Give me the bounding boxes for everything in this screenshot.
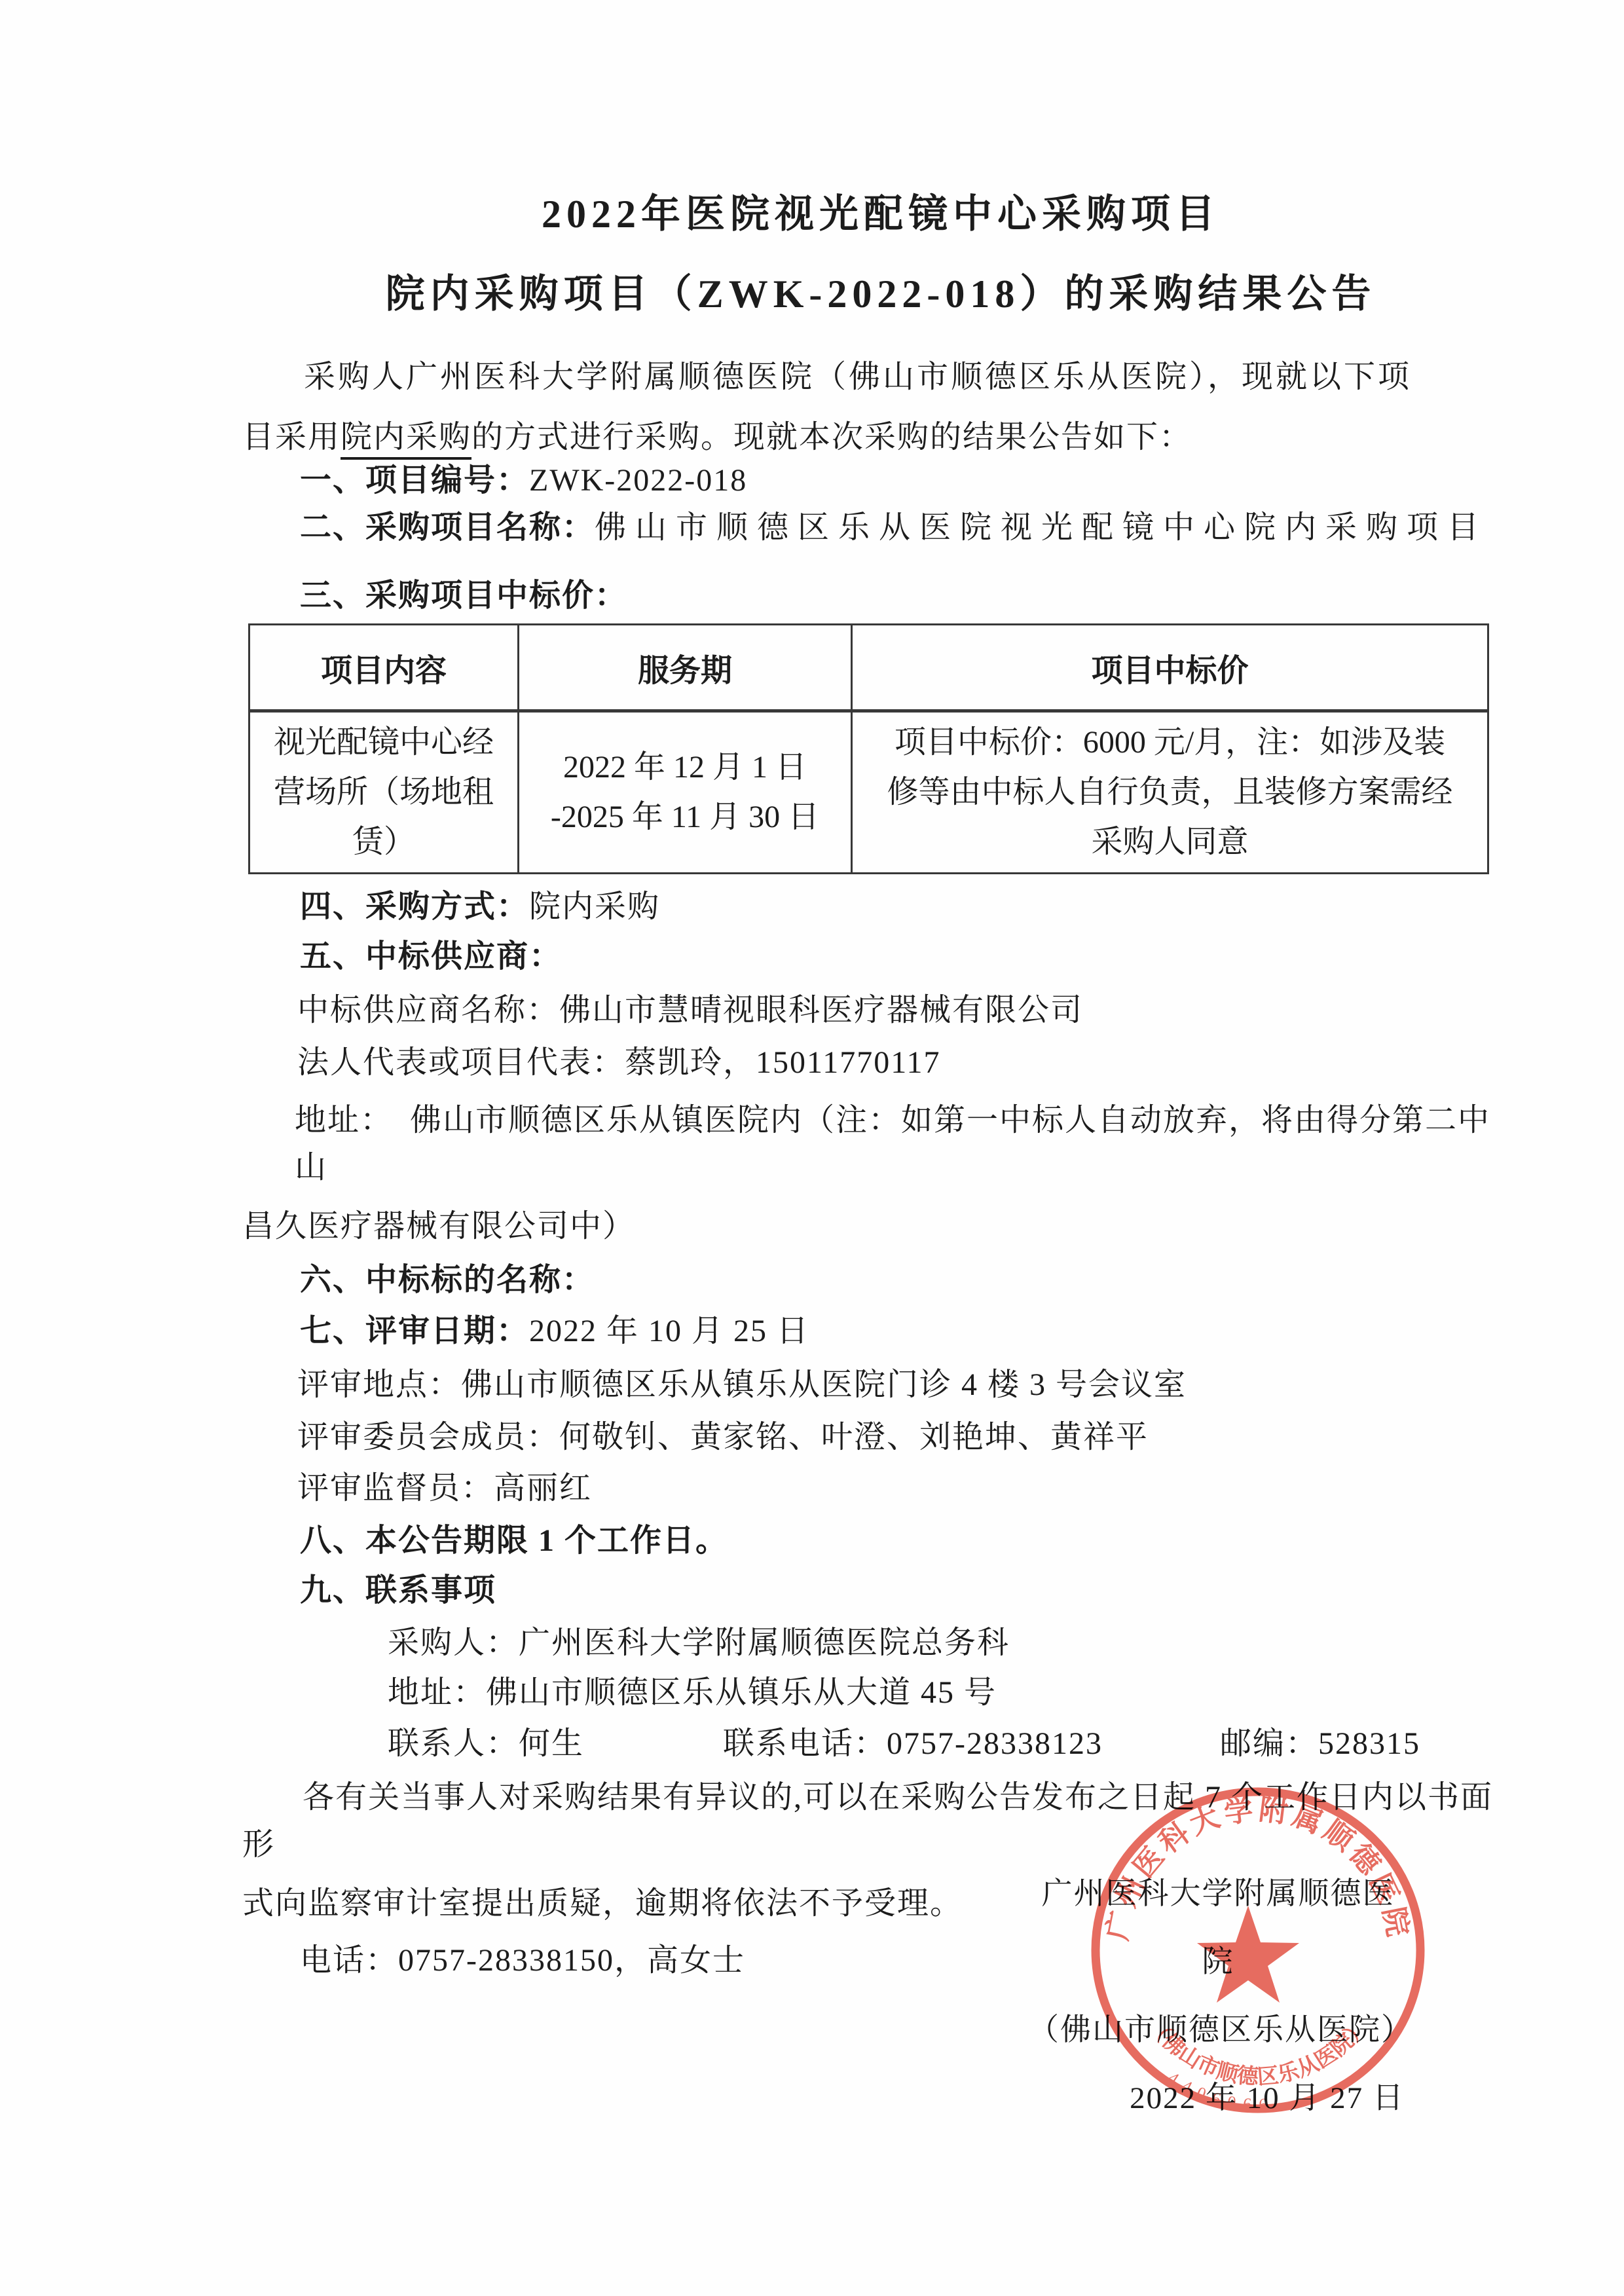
cell-project-content-line2: 营场所（场地租 [254, 768, 513, 817]
item-award-price-label: 三、采购项目中标价： [300, 578, 627, 613]
seal-arc-text: 广州医科大学附属顺德医院 [1101, 1794, 1415, 1943]
item-award-subject-label: 六、中标标的名称： [300, 1263, 595, 1297]
item-project-number-value: ZWK-2022-018 [529, 463, 747, 498]
item-review-date: 七、评审日期：2022 年 10 月 25 日 [242, 1308, 1519, 1355]
item-contact-matters-label: 九、联系事项 [300, 1573, 496, 1608]
cell-award-price-line1: 项目中标价：6000 元/月，注：如涉及装 [857, 718, 1483, 768]
item-project-name: 二、采购项目名称：佛山市顺德区乐从医院视光配镜中心院内采购项目 [242, 504, 1519, 551]
contact-person: 联系人：何生 [388, 1720, 584, 1768]
item-project-number-label: 一、项目编号： [300, 463, 529, 498]
intro-line-1: 采购人广州医科大学附属顺德医院（佛山市顺德区乐从医院），现就以下项 [242, 347, 1519, 407]
contact-address-line: 地址：佛山市顺德区乐从镇乐从大道 45 号 [242, 1669, 1519, 1716]
item-winning-supplier-label: 五、中标供应商： [300, 939, 562, 974]
cell-project-content-line1: 视光配镜中心经 [254, 718, 513, 768]
contact-row: 联系人：何生 联系电话：0757-28338123 邮编：528315 [242, 1720, 1519, 1768]
supplier-representative-line: 法人代表或项目代表：蔡凯玲，15011770117 [242, 1039, 1519, 1086]
supplier-name-line: 中标供应商名称：佛山市慧晴视眼科医疗器械有限公司 [242, 987, 1519, 1034]
intro-line2-post: 的方式进行采购。现就本次采购的结果公告如下： [471, 420, 1192, 454]
item-project-name-value: 佛山市顺德区乐从医院视光配镜中心院内采购项目 [595, 510, 1488, 545]
item-procurement-method-value: 院内采购 [529, 889, 660, 924]
col-header-service-period: 服务期 [519, 625, 852, 711]
col-header-award-price: 项目中标价 [852, 625, 1488, 711]
contact-purchaser-line: 采购人：广州医科大学附属顺德医院总务科 [242, 1620, 1519, 1667]
item-project-name-label: 二、采购项目名称： [300, 510, 595, 545]
cell-service-period: 2022 年 12 月 1 日 -2025 年 11 月 30 日 [519, 711, 852, 874]
item-procurement-method: 四、采购方式：院内采购 [242, 883, 1519, 931]
cell-service-period-line2: -2025 年 11 月 30 日 [523, 792, 847, 842]
cell-project-content: 视光配镜中心经 营场所（场地租 赁） [249, 711, 519, 874]
document-body: 2022年医院视光配镜中心采购项目 院内采购项目（ZWK-2022-018）的采… [242, 189, 1519, 1984]
review-supervisor-line: 评审监督员：高丽红 [242, 1465, 1519, 1512]
item-procurement-method-label: 四、采购方式： [300, 889, 529, 924]
table-header-row: 项目内容 服务期 项目中标价 [249, 625, 1488, 711]
intro-paragraph: 采购人广州医科大学附属顺德医院（佛山市顺德区乐从医院），现就以下项 目采用院内采… [242, 347, 1519, 468]
official-seal-svg: 广州医科大学附属顺德医院 （佛山市顺德区乐从医院） 4406066 [1084, 1787, 1437, 2120]
review-place-line: 评审地点：佛山市顺德区乐从镇乐从医院门诊 4 楼 3 号会议室 [242, 1361, 1519, 1409]
col-header-project-content: 项目内容 [249, 625, 519, 711]
item-announcement-period: 八、本公告期限 1 个工作日。 [242, 1517, 1519, 1565]
cell-project-content-line3: 赁） [254, 817, 513, 867]
award-price-table: 项目内容 服务期 项目中标价 视光配镜中心经 营场所（场地租 赁） 2022 年… [248, 623, 1489, 874]
item-award-subject-heading: 六、中标标的名称： [242, 1257, 1519, 1304]
page-title-line1: 2022年医院视光配镜中心采购项目 [242, 189, 1519, 240]
table-row: 视光配镜中心经 营场所（场地租 赁） 2022 年 12 月 1 日 -2025… [249, 711, 1488, 874]
supplier-address-line1: 地址： 佛山市顺德区乐从镇医院内（注：如第一中标人自动放弃，将由得分第二中山 [242, 1097, 1519, 1191]
supplier-address-line2: 昌久医疗器械有限公司中） [242, 1203, 1519, 1250]
contact-postcode: 邮编：528315 [1220, 1720, 1420, 1768]
cell-award-price-line3: 采购人同意 [857, 817, 1483, 867]
item-review-date-label: 七、评审日期： [300, 1314, 529, 1348]
intro-line2-pre: 目采用 [242, 420, 341, 454]
review-committee-line: 评审委员会成员：何敬钊、黄家铭、叶澄、刘艳坤、黄祥平 [242, 1414, 1519, 1461]
item-winning-supplier-heading: 五、中标供应商： [242, 933, 1519, 980]
underlined-procurement-method: 院内采购 [341, 420, 471, 460]
cell-award-price: 项目中标价：6000 元/月，注：如涉及装 修等由中标人自行负责，且装修方案需经… [852, 711, 1488, 874]
item-contact-matters-heading: 九、联系事项 [242, 1567, 1519, 1614]
item-award-price-heading: 三、采购项目中标价： [242, 572, 1519, 620]
cell-award-price-line2: 修等由中标人自行负责，且装修方案需经 [857, 768, 1483, 817]
document-page: 2022年医院视光配镜中心采购项目 院内采购项目（ZWK-2022-018）的采… [0, 0, 1624, 2296]
official-seal: 广州医科大学附属顺德医院 （佛山市顺德区乐从医院） 4406066 [1084, 1787, 1437, 2120]
item-review-date-value: 2022 年 10 月 25 日 [529, 1314, 809, 1348]
contact-phone: 联系电话：0757-28338123 [723, 1720, 1103, 1768]
page-title-line2: 院内采购项目（ZWK-2022-018）的采购结果公告 [242, 268, 1519, 320]
seal-star-icon [1197, 1906, 1299, 2003]
item-announcement-period-label: 八、本公告期限 1 个工作日。 [300, 1523, 728, 1558]
cell-service-period-line1: 2022 年 12 月 1 日 [523, 743, 847, 792]
